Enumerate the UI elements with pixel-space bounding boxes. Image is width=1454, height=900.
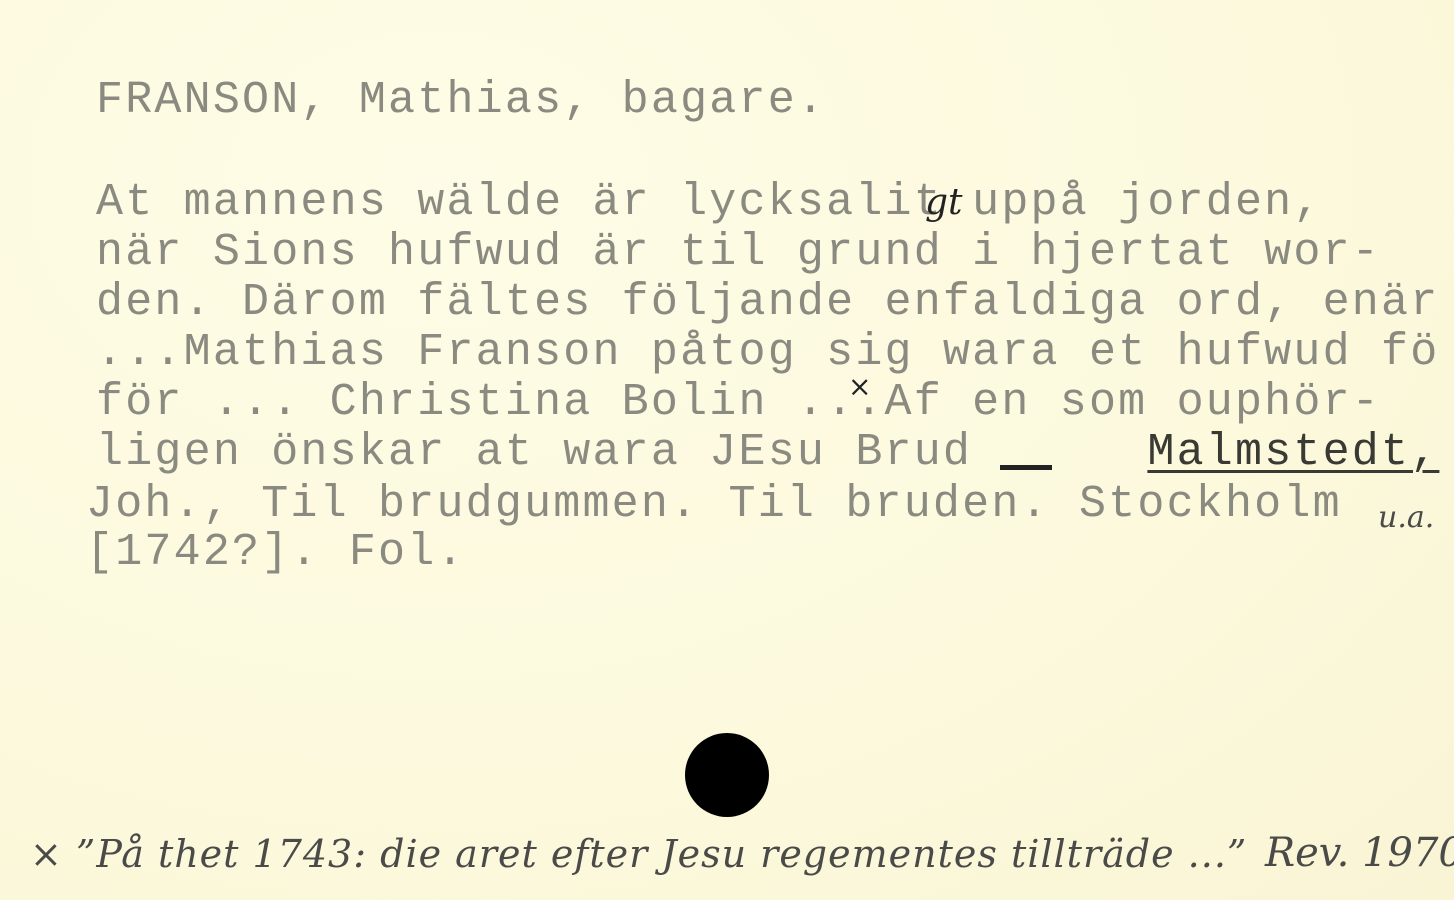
body-line-4: ...Mathias Franson påtog sig wara et huf… — [96, 330, 1439, 375]
card-heading: FRANSON, Mathias, bagare. — [96, 78, 826, 123]
body-line-5: för ... Christina Bolin ...Af en som oup… — [96, 380, 1381, 425]
body-line-2: när Sions hufwud är til grund i hjertat … — [96, 230, 1381, 275]
imprint-line: Joh., Til brudgummen. Til bruden. Stockh… — [86, 482, 1342, 527]
body-line-6-text: ligen önskar at wara JEsu Brud — [96, 427, 972, 478]
handwritten-ua: u.a. — [1378, 500, 1434, 535]
typed-dash — [1000, 465, 1052, 470]
date-format-line: [1742?]. Fol. — [86, 530, 466, 575]
body-line-3: den. Därom fältes följande enfaldiga ord… — [96, 280, 1439, 325]
body-line-1: At mannens wälde är lycksalit uppå jorde… — [96, 180, 1323, 225]
revision-note: Rev. 1970 — [1265, 830, 1454, 876]
body-line-6: ligen önskar at wara JEsu Brud Malmstedt… — [96, 430, 1439, 475]
catalog-card: FRANSON, Mathias, bagare. At mannens wäl… — [0, 0, 1454, 900]
x-mark-icon: × — [848, 370, 871, 403]
handwritten-correction: gt — [925, 182, 963, 223]
handwritten-footnote: × ”På thet 1743: die aret efter Jesu reg… — [30, 832, 1247, 876]
punch-hole-icon — [685, 733, 769, 817]
author-added: Malmstedt, — [1147, 427, 1439, 478]
